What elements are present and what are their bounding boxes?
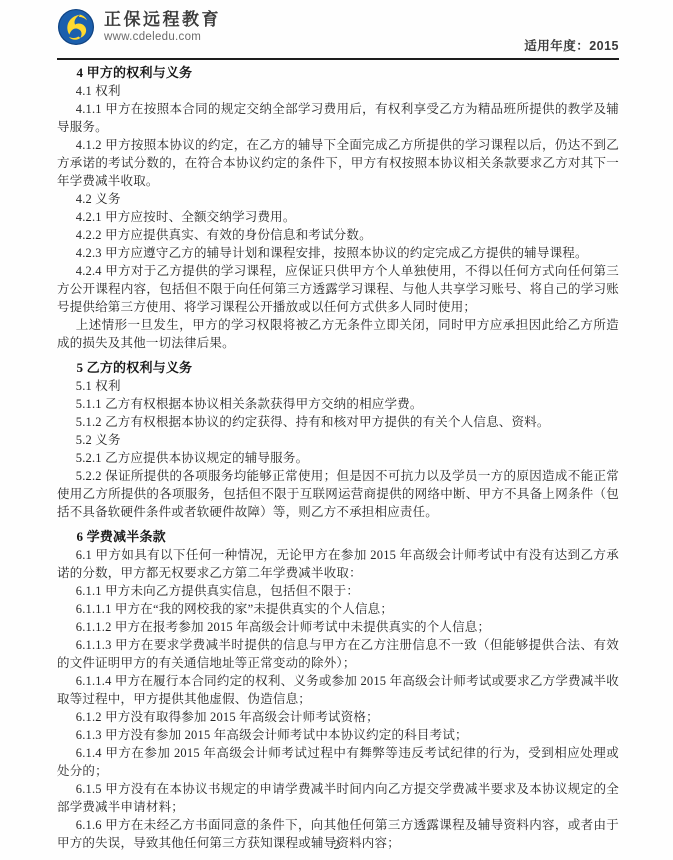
paragraph: 4.2.1 甲方应按时、全额交纳学习费用。 xyxy=(57,208,619,226)
paragraph: 6.1.1.4 甲方在履行本合同约定的权利、义务或参加 2015 年高级会计师考… xyxy=(57,672,619,708)
section-heading: 4 甲方的权利与义务 xyxy=(57,64,619,82)
paragraph: 5.1 权利 xyxy=(57,377,619,395)
paragraph: 4.2 义务 xyxy=(57,190,619,208)
page-number: 2 xyxy=(333,838,339,852)
paragraph: 6.1.1.2 甲方在报考参加 2015 年高级会计师考试中未提供真实的个人信息… xyxy=(57,618,619,636)
paragraph: 5.2.1 乙方应提供本协议规定的辅导服务。 xyxy=(57,449,619,467)
paragraph: 5.1.1 乙方有权根据本协议相关条款获得甲方交纳的相应学费。 xyxy=(57,395,619,413)
paragraph: 6.1.4 甲方在参加 2015 年高级会计师考试过程中有舞弊等违反考试纪律的行… xyxy=(57,744,619,780)
paragraph: 上述情形一旦发生，甲方的学习权限将被乙方无条件立即关闭，同时甲方应承担因此给乙方… xyxy=(57,316,619,352)
paragraph: 5.1.2 乙方有权根据本协议的约定获得、持有和核对甲方提供的有关个人信息、资料… xyxy=(57,413,619,431)
brand: 正保远程教育 www.cdeledu.com xyxy=(57,8,221,46)
header-divider xyxy=(57,58,619,60)
paragraph: 4.1.2 甲方按照本协议的约定，在乙方的辅导下全面完成乙方所提供的学习课程以后… xyxy=(57,136,619,190)
paragraph: 4.1 权利 xyxy=(57,82,619,100)
paragraph: 6.1 甲方如具有以下任何一种情况，无论甲方在参加 2015 年高级会计师考试中… xyxy=(57,546,619,582)
paragraph: 6.1.2 甲方没有取得参加 2015 年高级会计师考试资格； xyxy=(57,708,619,726)
paragraph: 6.1.3 甲方没有参加 2015 年高级会计师考试中本协议约定的科目考试； xyxy=(57,726,619,744)
brand-url: www.cdeledu.com xyxy=(104,30,221,44)
paragraph: 5.2 义务 xyxy=(57,431,619,449)
paragraph: 6.1.1.1 甲方在“我的网校我的家”未提供真实的个人信息； xyxy=(57,600,619,618)
paragraph: 4.2.4 甲方对于乙方提供的学习课程，应保证只供甲方个人单独使用，不得以任何方… xyxy=(57,262,619,316)
paragraph: 6.1.1 甲方未向乙方提供真实信息，包括但不限于： xyxy=(57,582,619,600)
paragraph: 4.1.1 甲方在按照本合同的规定交纳全部学习费用后，有权利享受乙方为精品班所提… xyxy=(57,100,619,136)
paragraph: 6.1.5 甲方没有在本协议书规定的申请学费减半时间内向乙方提交学费减半要求及本… xyxy=(57,780,619,816)
applicable-year-label: 适用年度：2015 xyxy=(524,36,619,55)
page-header: 正保远程教育 www.cdeledu.com 适用年度：2015 xyxy=(57,8,619,55)
section-heading: 5 乙方的权利与义务 xyxy=(57,359,619,377)
section-heading: 6 学费减半条款 xyxy=(57,528,619,546)
contract-page: 正保远程教育 www.cdeledu.com 适用年度：2015 4 甲方的权利… xyxy=(0,0,673,860)
paragraph: 6.1.1.3 甲方在要求学费减半时提供的信息与甲方在乙方注册信息不一致（但能够… xyxy=(57,636,619,672)
brand-text: 正保远程教育 www.cdeledu.com xyxy=(104,10,221,44)
brand-name: 正保远程教育 xyxy=(104,10,221,30)
document-body: 4 甲方的权利与义务4.1 权利4.1.1 甲方在按照本合同的规定交纳全部学习费… xyxy=(57,62,619,852)
page-footer: 2 xyxy=(0,836,673,854)
paragraph: 4.2.2 甲方应提供真实、有效的身份信息和考试分数。 xyxy=(57,226,619,244)
swirl-globe-icon xyxy=(57,8,95,46)
paragraph: 4.2.3 甲方应遵守乙方的辅导计划和课程安排，按照本协议的约定完成乙方提供的辅… xyxy=(57,244,619,262)
paragraph: 5.2.2 保证所提供的各项服务均能够正常使用；但是因不可抗力以及学员一方的原因… xyxy=(57,467,619,521)
